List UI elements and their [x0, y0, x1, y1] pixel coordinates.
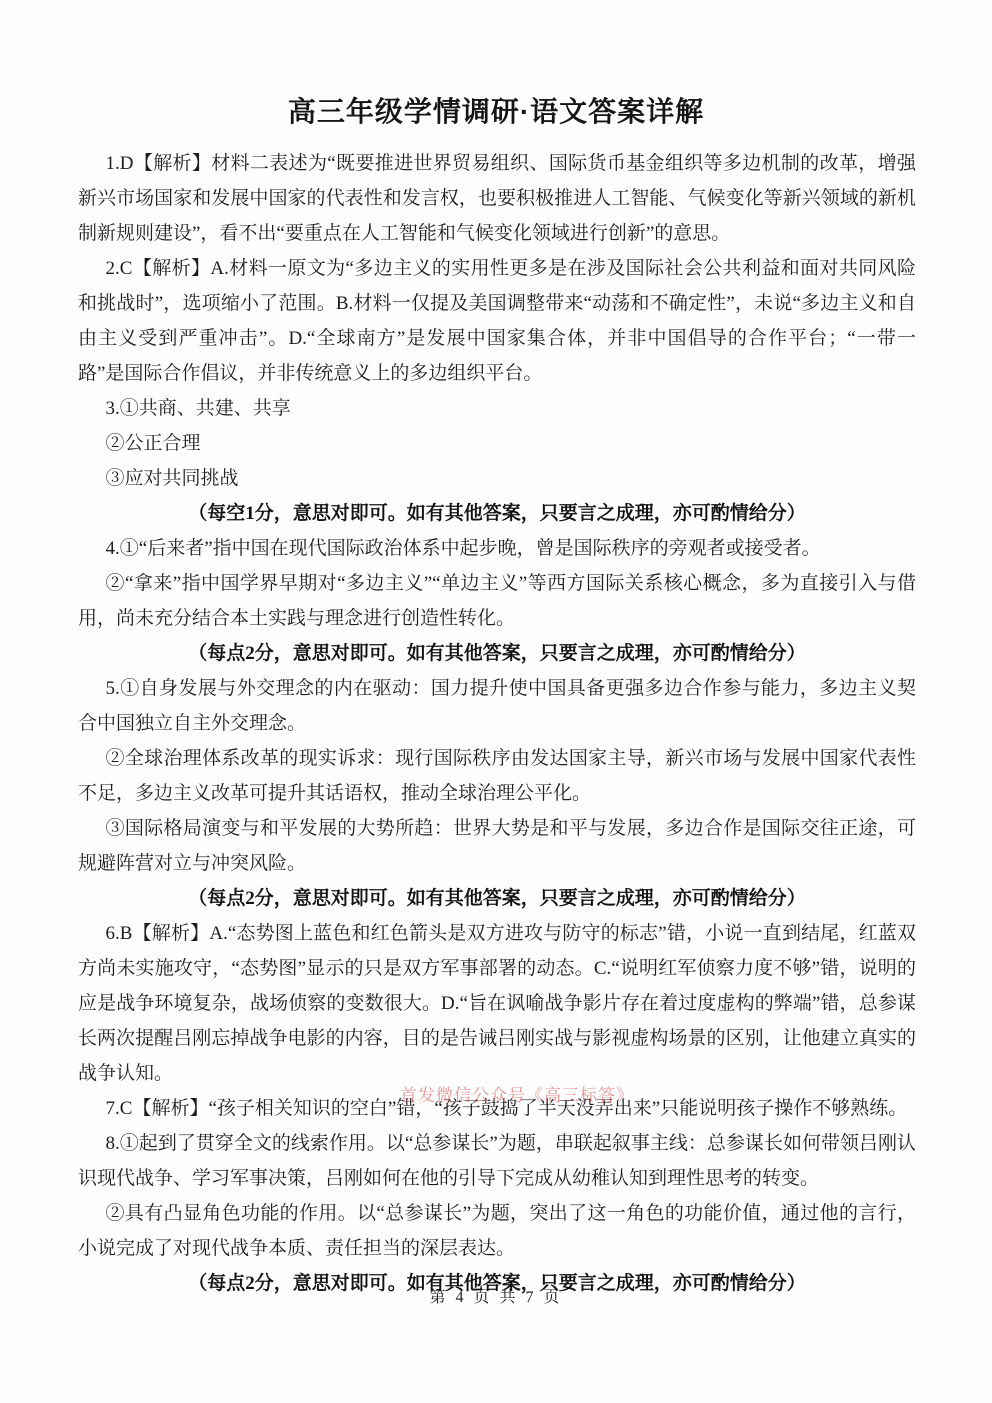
answer-paragraph-14: 6.B【解析】A.“态势图上蓝色和红色箭头是双方进攻与防守的标志”错，小说一直到…: [78, 916, 916, 1091]
answer-paragraph-12: ③国际格局演变与和平发展的大势所趋：世界大势是和平与发展，多边合作是国际交往正途…: [78, 811, 916, 881]
answer-paragraph-8: ②“拿来”指中国学界早期对“多边主义”“单边主义”等西方国际关系核心概念，多为直…: [78, 566, 916, 636]
answer-paragraph-3: 3.①共商、共建、共享: [78, 391, 916, 426]
answer-paragraph-5: ③应对共同挑战: [78, 461, 916, 496]
answer-paragraph-1: 1.D【解析】材料二表述为“既要推进世界贸易组织、国际货币基金组织等多边机制的改…: [78, 146, 916, 251]
answer-paragraph-10: 5.①自身发展与外交理念的内在驱动：国力提升使中国具备更强多边合作参与能力，多边…: [78, 671, 916, 741]
answer-paragraph-15: 7.C【解析】“孩子相关知识的空白”错，“孩子鼓捣了半天没弄出来”只能说明孩子操…: [78, 1091, 916, 1126]
answer-paragraph-11: ②全球治理体系改革的现实诉求：现行国际秩序由发达国家主导，新兴市场与发展中国家代…: [78, 741, 916, 811]
page-number: 第 4 页 共 7 页: [0, 1284, 992, 1307]
scoring-note-9: （每点2分，意思对即可。如有其他答案，只要言之成理，亦可酌情给分）: [78, 636, 916, 671]
scoring-note-6: （每空1分，意思对即可。如有其他答案，只要言之成理，亦可酌情给分）: [78, 496, 916, 531]
page-title: 高三年级学情调研·语文答案详解: [0, 0, 992, 134]
answers-content: 1.D【解析】材料二表述为“既要推进世界贸易组织、国际货币基金组织等多边机制的改…: [78, 146, 916, 1301]
scoring-note-13: （每点2分，意思对即可。如有其他答案，只要言之成理，亦可酌情给分）: [78, 881, 916, 916]
answer-paragraph-16: 8.①起到了贯穿全文的线索作用。以“总参谋长”为题，串联起叙事主线：总参谋长如何…: [78, 1126, 916, 1196]
answer-sheet-page: 高三年级学情调研·语文答案详解 1.D【解析】材料二表述为“既要推进世界贸易组织…: [0, 0, 992, 1403]
answer-paragraph-2: 2.C【解析】A.材料一原文为“多边主义的实用性更多是在涉及国际社会公共利益和面…: [78, 251, 916, 391]
answer-paragraph-4: ②公正合理: [78, 426, 916, 461]
answer-paragraph-7: 4.①“后来者”指中国在现代国际政治体系中起步晚，曾是国际秩序的旁观者或接受者。: [78, 531, 916, 566]
answer-paragraph-17: ②具有凸显角色功能的作用。以“总参谋长”为题，突出了这一角色的功能价值，通过他的…: [78, 1196, 916, 1266]
